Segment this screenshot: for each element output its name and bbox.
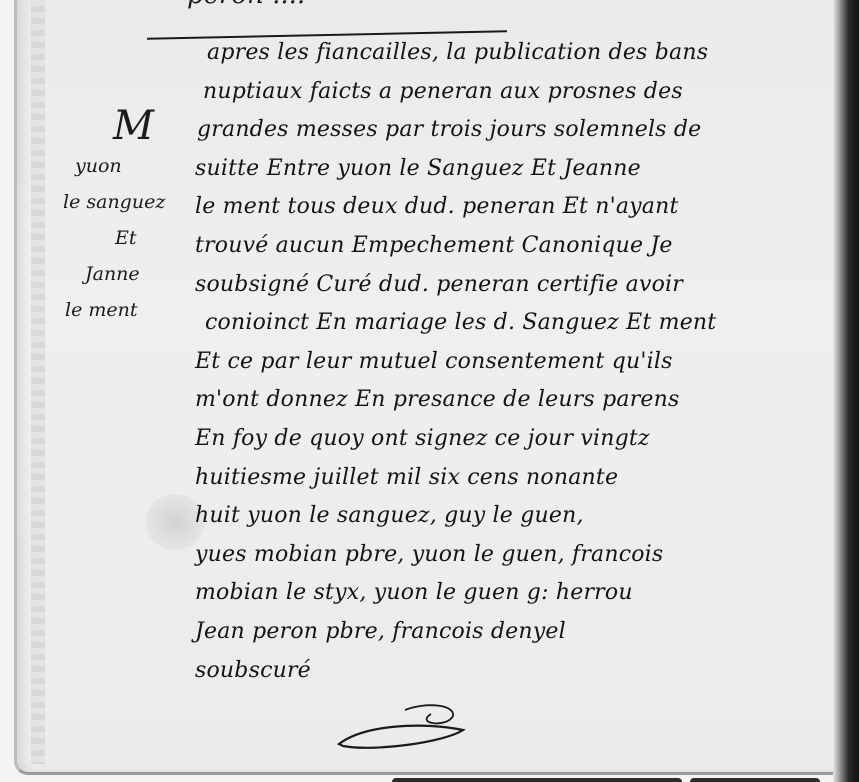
record-line: conioinct En mariage les d. Sanguez Et m… — [205, 304, 835, 343]
record-line: mobian le styx, yuon le guen g: herrou — [195, 574, 835, 613]
record-line: trouvé aucun Empechement Canonique Je — [195, 227, 835, 266]
record-line: huitiesme juillet mil six cens nonante — [195, 459, 835, 498]
record-body: apres les fiancailles, la publication de… — [195, 34, 835, 690]
bottom-toolbar-right[interactable] — [690, 778, 820, 782]
record-line: Jean peron pbre, francois denyel — [195, 613, 835, 652]
manuscript-page: peron .... M yuon le sanguez Et Janne le… — [14, 0, 837, 775]
margin-line: yuon — [75, 148, 189, 184]
record-line: En foy de quoy ont signez ce jour vingtz — [195, 420, 835, 459]
record-line: grandes messes par trois jours solemnels… — [197, 111, 835, 150]
page-binding-edge — [31, 0, 45, 764]
signature-flourish-icon — [335, 694, 475, 754]
margin-annotation: M yuon le sanguez Et Janne le ment — [69, 104, 189, 328]
record-line: apres les fiancailles, la publication de… — [207, 34, 835, 73]
bottom-toolbar-left[interactable] — [392, 778, 682, 782]
margin-line: Janne — [85, 256, 189, 292]
margin-line: le ment — [65, 292, 189, 328]
margin-initial: M — [113, 104, 189, 148]
margin-line: le sanguez — [63, 184, 189, 220]
header-fragment-text: peron .... — [187, 0, 305, 10]
record-line: huit yuon le sanguez, guy le guen, — [195, 497, 835, 536]
record-line: yues mobian pbre, yuon le guen, francois — [195, 536, 835, 575]
record-line: le ment tous deux dud. peneran Et n'ayan… — [195, 188, 835, 227]
page-right-shadow — [833, 0, 859, 782]
record-line: Et ce par leur mutuel consentement qu'il… — [195, 343, 835, 382]
record-line: soubsigné Curé dud. peneran certifie avo… — [195, 266, 835, 305]
record-line: suitte Entre yuon le Sanguez Et Jeanne — [195, 150, 835, 189]
record-line: soubscuré — [195, 652, 835, 691]
record-line: m'ont donnez En presance de leurs parens — [195, 381, 835, 420]
record-line: nuptiaux faicts a peneran aux prosnes de… — [203, 73, 835, 112]
margin-line: Et — [115, 220, 189, 256]
